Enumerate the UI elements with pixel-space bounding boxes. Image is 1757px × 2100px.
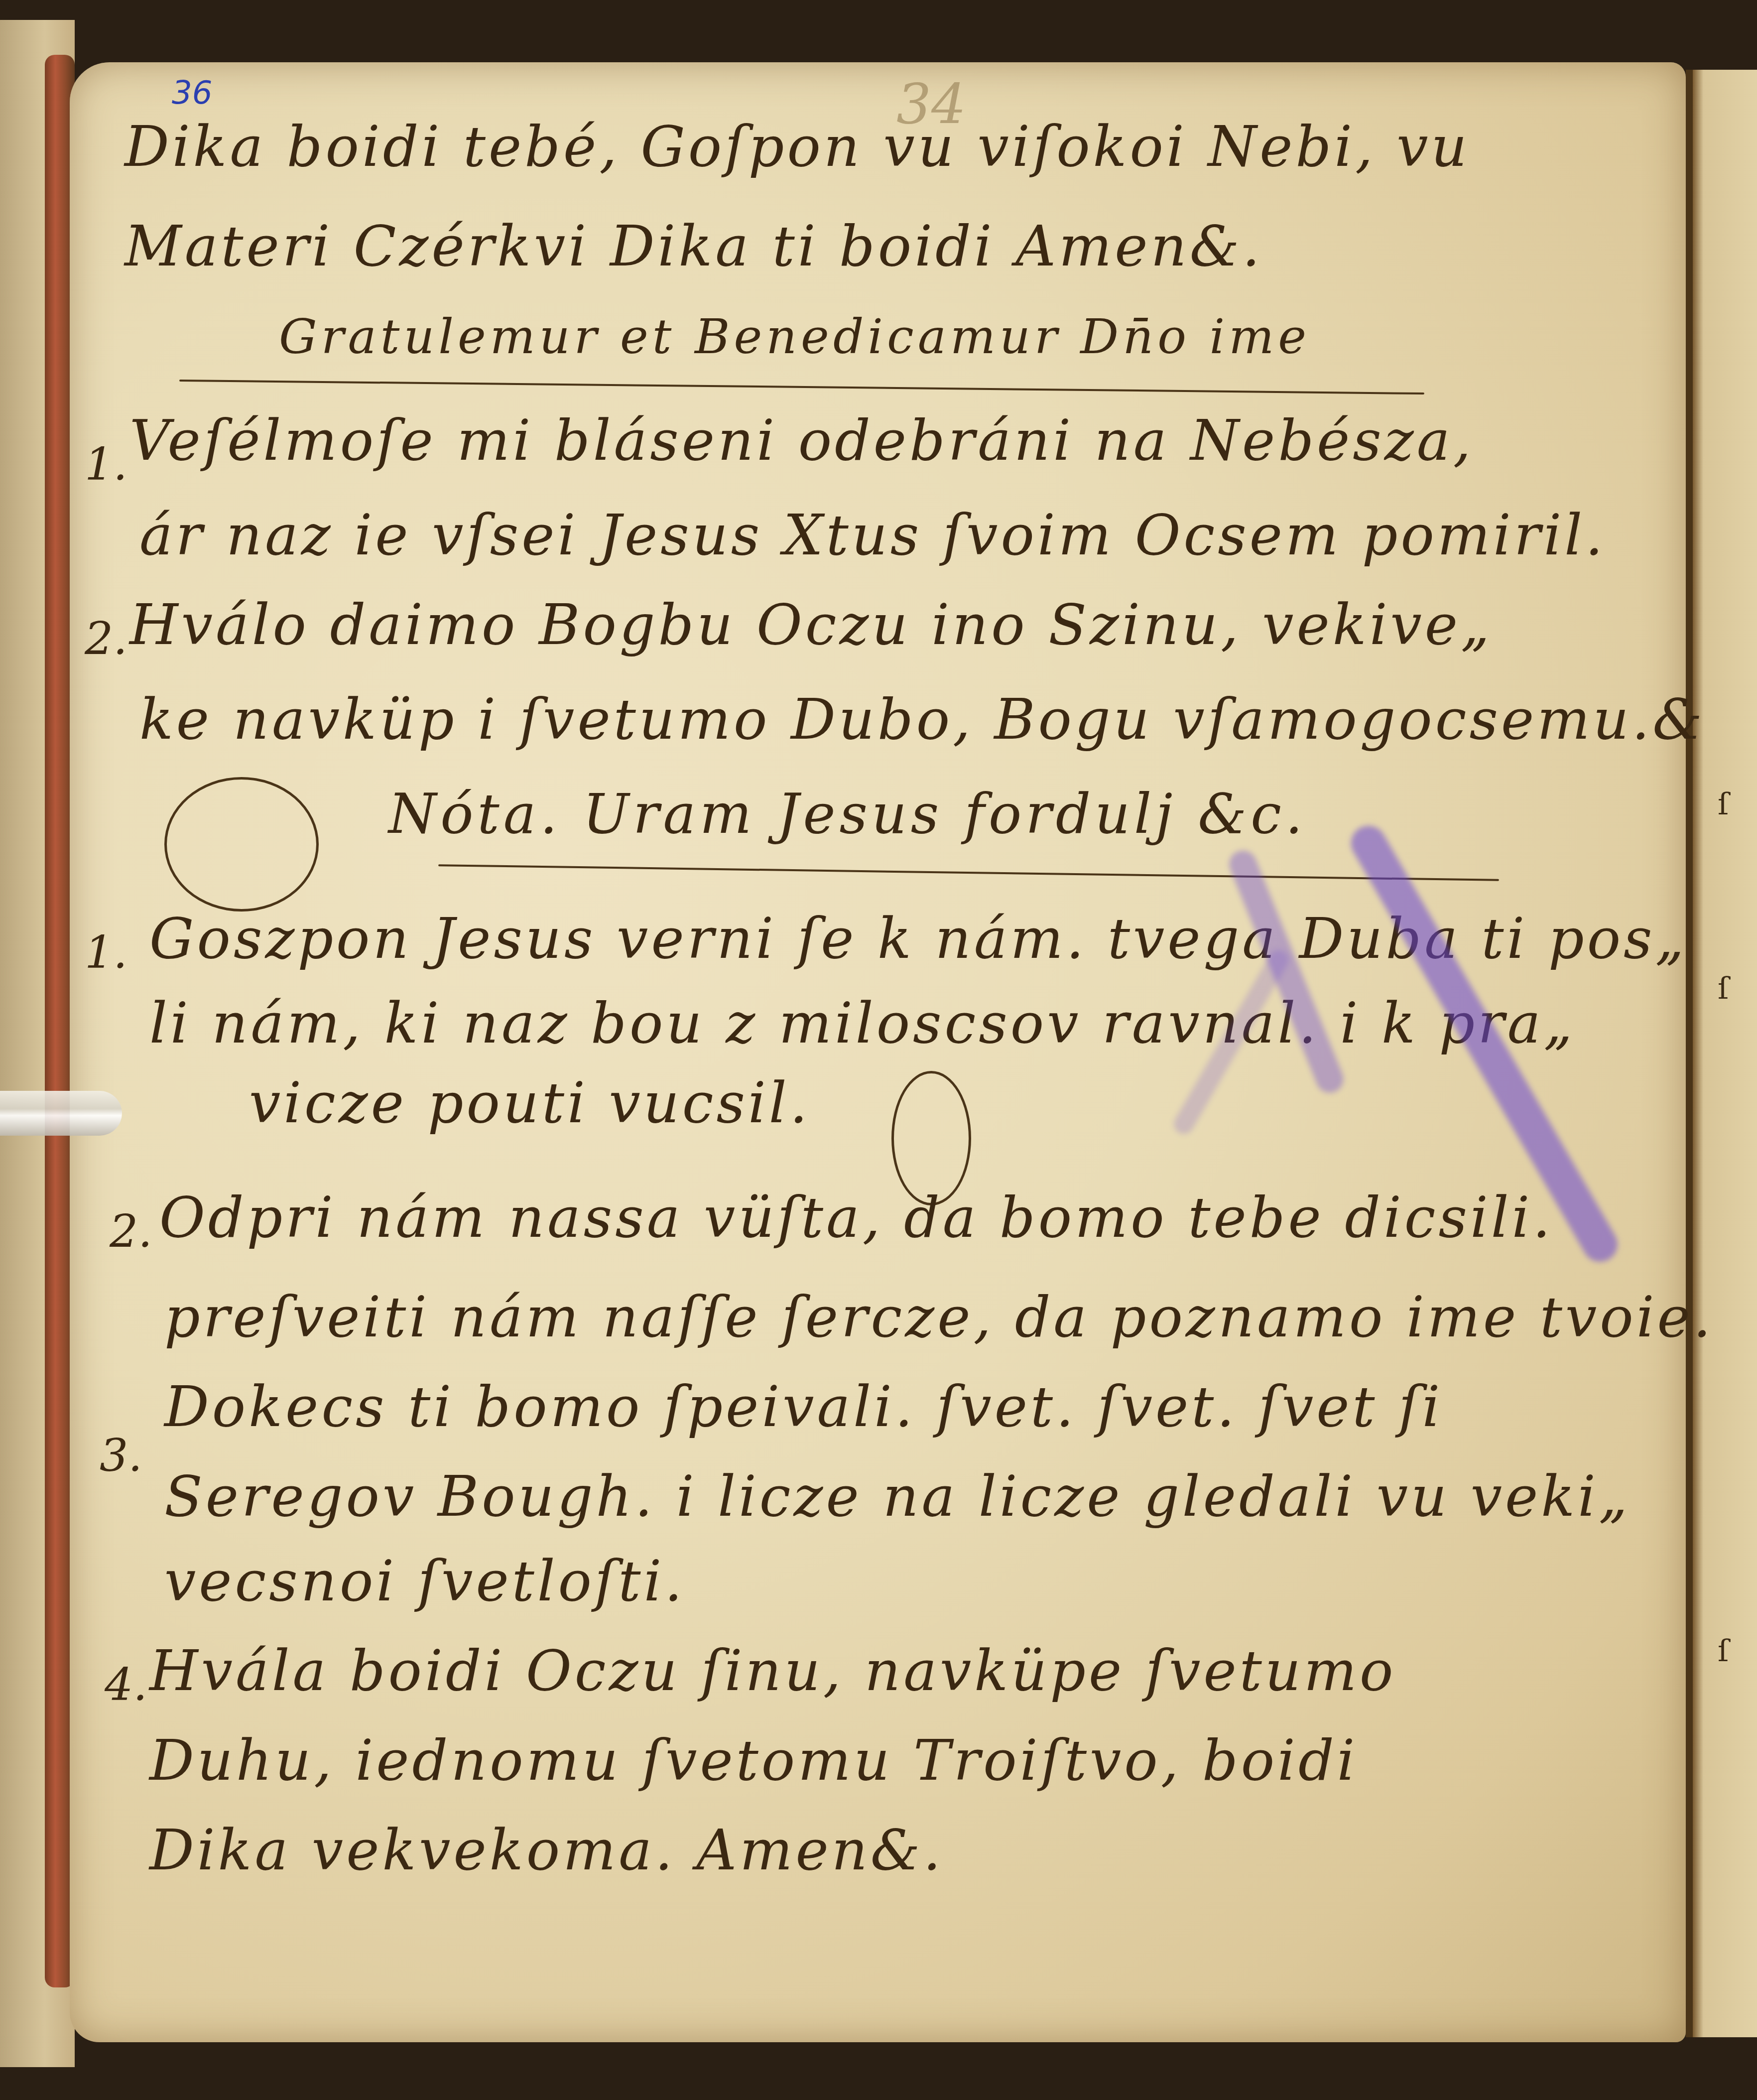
heading-gratulemur: Gratulemur et Benedicamur Dn̄o ime (279, 309, 1310, 365)
text-line-2: Materi Czérkvi Dika ti boidi Amen&. (125, 214, 1263, 279)
text-line-10: li nám, ki naz bou z miloscsov ravnal. i… (149, 991, 1576, 1056)
decorative-flourish (164, 777, 319, 912)
right-page-fragment: ſ (1718, 1634, 1729, 1669)
adjacent-right-page: ſ ſ ſ (1686, 70, 1757, 2037)
verse-number: 1. (85, 926, 127, 979)
text-line-5: ár naz ie vſsei Jesus Xtus ſvoim Ocsem p… (139, 503, 1606, 568)
right-page-fragment: ſ (1718, 971, 1729, 1006)
text-line-13: preſveiti nám naſſe ſercze, da poznamo i… (164, 1285, 1714, 1350)
text-line-6: Hválo daimo Bogbu Oczu ino Szinu, vekive… (129, 593, 1493, 657)
text-line-12: Odpri nám nassa vüſta, da bomo tebe dics… (159, 1185, 1553, 1250)
right-page-fragment: ſ (1718, 787, 1729, 822)
text-line-19: Dika vekvekoma. Amen&. (149, 1818, 944, 1883)
text-line-17: Hvála boidi Oczu ſinu, navküpe ſvetumo (149, 1639, 1396, 1704)
verse-number: 4. (105, 1659, 147, 1711)
glass-page-holder (0, 1091, 122, 1136)
text-line-14: Dokecs ti bomo ſpeivali. ſvet. ſvet. ſve… (164, 1375, 1443, 1440)
text-line-15: Seregov Bough. i licze na licze gledali … (164, 1464, 1631, 1529)
verse-number: 2. (110, 1205, 152, 1258)
verse-number: 3. (100, 1430, 142, 1482)
text-line-18: Duhu, iednomu ſvetomu Troiſtvo, boidi (149, 1728, 1358, 1793)
text-line-4: Veſélmoſe mi bláseni odebráni na Nebésza… (129, 408, 1474, 473)
heading-nota: Nóta. Uram Jesus fordulj &c. (388, 782, 1307, 846)
text-line-11: vicze pouti vucsil. (249, 1071, 810, 1136)
text-line-16: vecsnoi ſvetloſti. (164, 1549, 685, 1614)
folio-number-blue: 36 (172, 75, 212, 112)
text-line-1: Dika boidi tebé, Goſpon vu viſokoi Nebi,… (125, 115, 1470, 179)
verse-number: 2. (85, 613, 127, 665)
verse-number: 1. (85, 438, 127, 491)
text-line-7: ke navküp i ſvetumo Dubo, Bogu vſamogocs… (139, 687, 1705, 752)
